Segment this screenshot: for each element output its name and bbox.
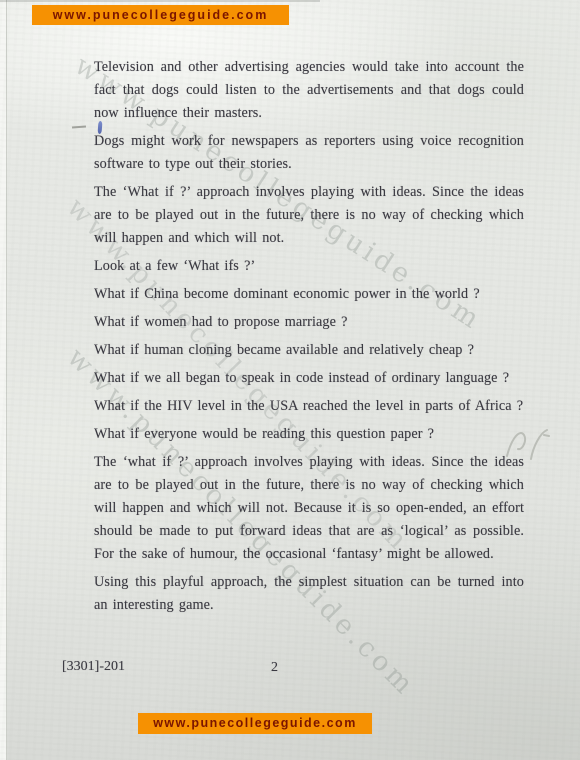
document-body: Television and other advertising agencie… — [94, 56, 524, 622]
paragraph-what-if-code: What if we all began to speak in code in… — [94, 367, 524, 390]
paragraph-what-if-cloning: What if human cloning became available a… — [94, 339, 524, 362]
paragraph-dogs-newspapers: Dogs might work for newspapers as report… — [94, 130, 524, 176]
paragraph-television-ads: Television and other advertising agencie… — [94, 56, 524, 125]
scanner-edge-shadow — [0, 0, 320, 2]
paragraph-playful-approach: Using this playful approach, the simples… — [94, 571, 524, 617]
paragraph-what-if-everyone: What if everyone would be reading this q… — [94, 423, 524, 446]
paragraph-what-if-women: What if women had to propose marriage ? — [94, 311, 524, 334]
scanner-edge-strip — [0, 0, 7, 760]
paragraph-open-ended: The ‘what if ?’ approach involves playin… — [94, 451, 524, 566]
paragraph-what-if-china: What if China become dominant economic p… — [94, 283, 524, 306]
pencil-dash-mark — [72, 126, 86, 129]
paragraph-look-at-what-ifs: Look at a few ‘What ifs ?’ — [94, 255, 524, 278]
header-banner-url: www.punecollegeguide.com — [32, 5, 289, 25]
page-number: 2 — [271, 660, 278, 676]
pencil-squiggle-mark — [502, 423, 554, 465]
footer-banner-url: www.punecollegeguide.com — [138, 713, 372, 734]
paper-code: [3301]-201 — [62, 659, 125, 675]
paragraph-what-if-hiv: What if the HIV level in the USA reached… — [94, 395, 524, 418]
scanned-document-page: www.punecollegeguide.com www.punecollege… — [0, 0, 580, 760]
paragraph-what-if-approach: The ‘What if ?’ approach involves playin… — [94, 181, 524, 250]
